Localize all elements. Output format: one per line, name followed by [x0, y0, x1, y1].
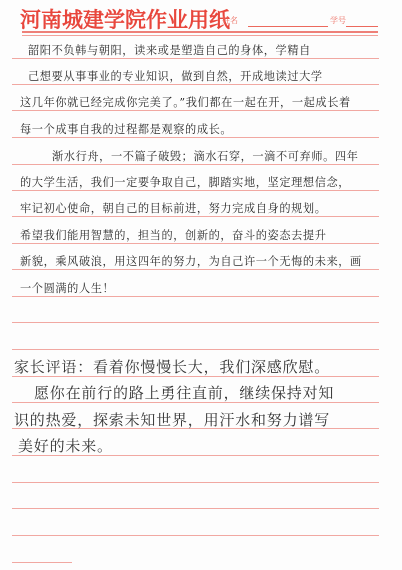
paper-header-title: 河南城建学院作业用纸 — [20, 4, 230, 34]
ruled-line — [12, 243, 379, 244]
ruled-line — [12, 322, 379, 323]
ruled-line — [12, 190, 379, 191]
parent-comment-line: 愿你在前行的路上勇往直前，继续保持对知 — [34, 382, 362, 403]
ruled-line — [12, 508, 379, 509]
essay-line: 渐水行舟，一不篇子破毁；滴水石穿，一滴不可弃师。四年 — [52, 148, 380, 164]
ruled-line — [12, 349, 379, 350]
name-field-blank — [248, 26, 328, 27]
ruled-line — [12, 58, 379, 59]
student-id-field-blank — [346, 26, 378, 27]
student-id-field-label: 学号 — [330, 15, 346, 26]
ruled-line — [12, 535, 379, 536]
header-rule-thick — [22, 31, 378, 33]
ruled-line — [12, 216, 379, 217]
essay-line: 希望我们能用智慧的，担当的，创新的，奋斗的姿态去提升 — [20, 227, 380, 243]
ruled-line — [12, 84, 379, 85]
ruled-line — [12, 137, 379, 138]
header-rule-thin — [22, 35, 378, 36]
essay-line: 的大学生活，我们一定要争取自己，脚踏实地，坚定理想信念， — [20, 174, 380, 190]
parent-comment-line: 美好的未来。 — [18, 435, 378, 456]
ruled-line — [12, 296, 379, 297]
name-field-label: 姓名 — [222, 15, 238, 26]
essay-line: 己想要从事事业的专业知识，做到自然，开成地读过大学 — [28, 68, 388, 84]
ruled-line — [12, 269, 379, 270]
essay-line: 每一个成事自我的过程都是观察的成长。 — [20, 121, 380, 137]
ruled-line — [12, 482, 379, 483]
essay-line: 牢记初心使命，朝自己的目标前进，努力完成自身的规划。 — [20, 200, 380, 216]
homework-paper: 河南城建学院作业用纸 姓名 学号 韶阳不负韩与朝阳，读来或是塑造自己的身体，学精… — [0, 0, 402, 570]
ruled-line — [12, 562, 72, 563]
parent-comment-line: 家长评语：看着你慢慢长大，我们深感欣慰。 — [14, 356, 374, 377]
essay-line: 一个圆满的人生！ — [20, 280, 380, 296]
ruled-line — [12, 164, 379, 165]
essay-line: 韶阳不负韩与朝阳，读来或是塑造自己的身体，学精自 — [28, 42, 388, 58]
parent-comment-line: 识的热爱，探索未知世界，用汗水和努力谱写 — [14, 409, 374, 430]
ruled-line — [12, 110, 379, 111]
essay-line: 新貌，乘风破浪，用这四年的努力，为自己许一个无悔的未来，画 — [20, 253, 380, 269]
essay-line: 这几年你就已经完成你完美了。”我们都在一起在开，一起成长着 — [20, 94, 380, 110]
